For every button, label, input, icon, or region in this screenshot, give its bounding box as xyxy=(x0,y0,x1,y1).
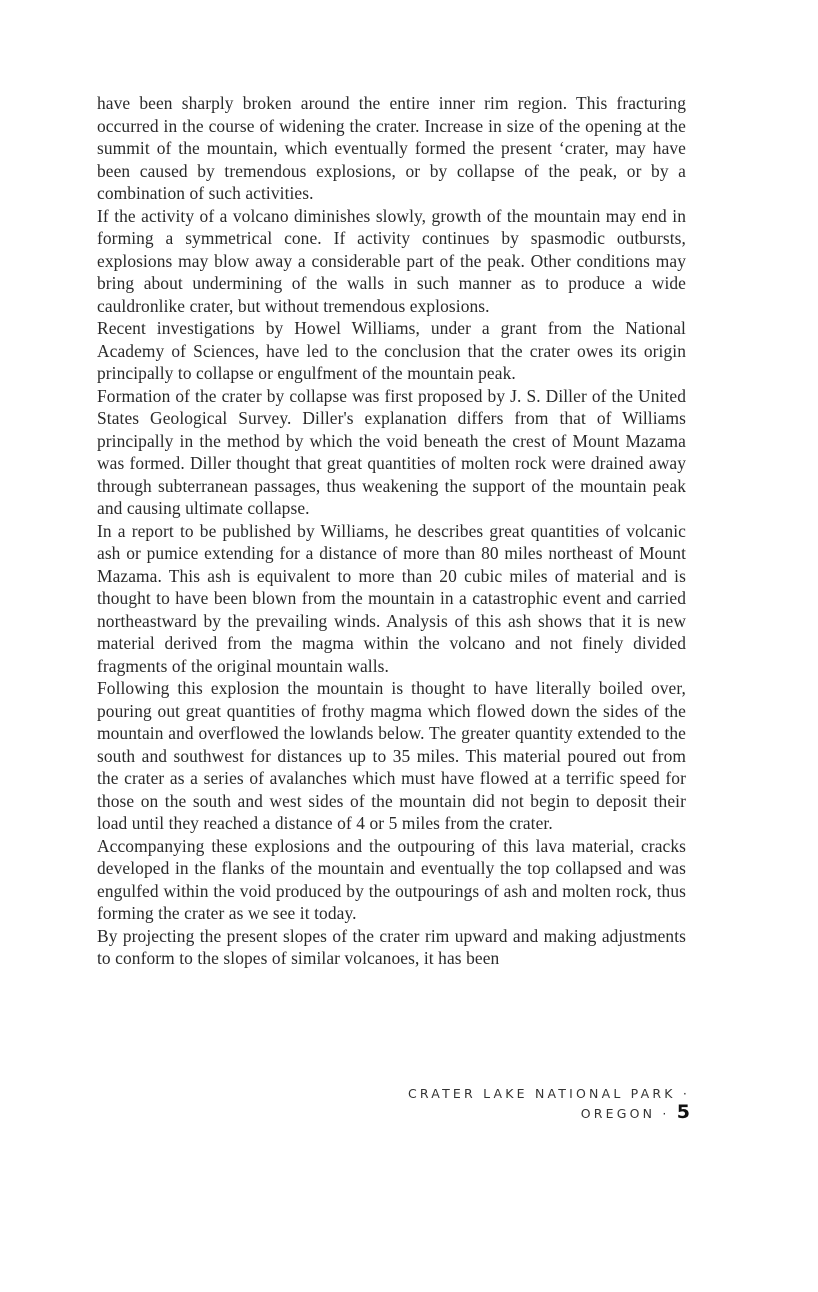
paragraph-3: Recent investigations by Howel Williams,… xyxy=(97,317,686,385)
paragraph-6: Following this explosion the mountain is… xyxy=(97,677,686,835)
paragraph-1: have been sharply broken around the enti… xyxy=(97,92,686,205)
paragraph-2: If the activity of a volcano diminishes … xyxy=(97,205,686,318)
page-footer: CRATER LAKE NATIONAL PARK · OREGON · 5 xyxy=(330,1086,690,1123)
paragraph-4: Formation of the crater by collapse was … xyxy=(97,385,686,520)
paragraph-7: Accompanying these explosions and the ou… xyxy=(97,835,686,925)
paragraph-5: In a report to be published by Williams,… xyxy=(97,520,686,678)
running-title: CRATER LAKE NATIONAL PARK · OREGON · xyxy=(408,1086,690,1121)
body-text: have been sharply broken around the enti… xyxy=(97,92,686,970)
paragraph-8: By projecting the present slopes of the … xyxy=(97,925,686,970)
page-number: 5 xyxy=(677,1101,690,1123)
